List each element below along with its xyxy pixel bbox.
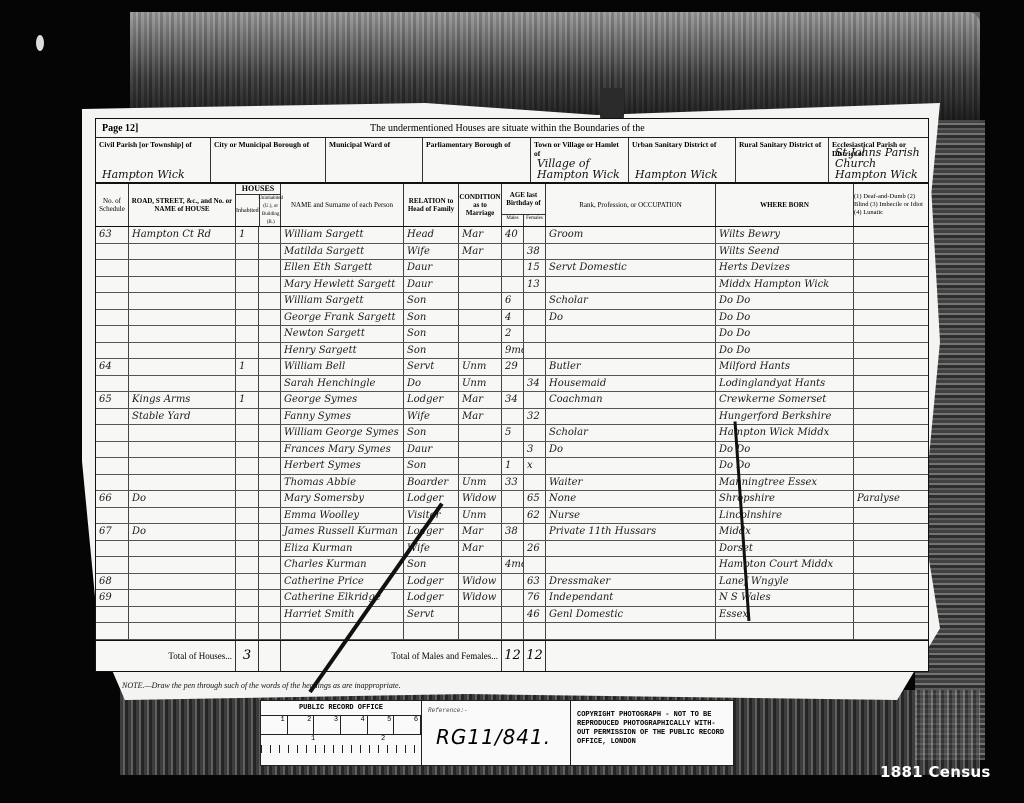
cell-infirmity <box>854 557 928 573</box>
cell-occupation: None <box>546 491 716 507</box>
cell-relation: Son <box>404 458 459 474</box>
cell-infirmity <box>854 442 928 458</box>
cell-infirmity <box>854 524 928 540</box>
table-row: Herbert SymesSon1xDo Do <box>96 458 928 475</box>
scale-ruler: PUBLIC RECORD OFFICE 123456 1 2 <box>261 701 422 765</box>
cell-inhabited <box>236 574 259 590</box>
page-title: The undermentioned Houses are situate wi… <box>152 123 928 134</box>
cell-male: 6 <box>502 293 524 309</box>
cell-uninhabited <box>259 508 281 524</box>
cell-schedule <box>96 541 129 557</box>
cell-occupation: Waiter <box>546 475 716 491</box>
cell-relation: Lodger <box>404 491 459 507</box>
cell-name: Mary Somersby <box>281 491 404 507</box>
cell-name: Mary Hewlett Sargett <box>281 277 404 293</box>
cell-infirmity <box>854 343 928 359</box>
cell-male: 4mo <box>502 557 524 573</box>
cell-condition <box>459 442 502 458</box>
table-row: Emma WoolleyVisitorUnm62NurseLincolnshir… <box>96 508 928 525</box>
cell-condition: Widow <box>459 590 502 606</box>
cell-schedule <box>96 557 129 573</box>
cell-road <box>129 607 236 623</box>
cell-infirmity <box>854 293 928 309</box>
cell-female <box>524 623 546 639</box>
cell-born: Wilts Seend <box>716 244 854 260</box>
cell-male <box>502 244 524 260</box>
cell-infirmity <box>854 376 928 392</box>
cell-infirmity <box>854 425 928 441</box>
cell-schedule: 67 <box>96 524 129 540</box>
table-row: 641William BellServtUnm29ButlerMilford H… <box>96 359 928 376</box>
ruler-bottom-mark: 1 <box>311 735 315 743</box>
cell-condition <box>459 458 502 474</box>
cell-road <box>129 293 236 309</box>
cell-road <box>129 541 236 557</box>
cell-name: Emma Woolley <box>281 508 404 524</box>
cell-infirmity <box>854 392 928 408</box>
cell-inhabited <box>236 475 259 491</box>
table-row: 66DoMary SomersbyLodgerWidow65NoneShrops… <box>96 491 928 508</box>
cell-inhabited <box>236 326 259 342</box>
cell-occupation <box>546 277 716 293</box>
scan-shadow <box>130 12 980 122</box>
cell-road <box>129 359 236 375</box>
cell-road: Do <box>129 524 236 540</box>
cell-road: Kings Arms <box>129 392 236 408</box>
cell-female: 15 <box>524 260 546 276</box>
col-age: AGE last Birthday of Males Females <box>502 184 546 226</box>
cell-relation: Son <box>404 343 459 359</box>
cell-condition <box>459 293 502 309</box>
cell-born: Hampton Court Middx <box>716 557 854 573</box>
cell-relation: Lodger <box>404 574 459 590</box>
cell-schedule <box>96 508 129 524</box>
cell-schedule <box>96 409 129 425</box>
cell-male <box>502 607 524 623</box>
cell-road: Hampton Ct Rd <box>129 227 236 243</box>
cell-female: x <box>524 458 546 474</box>
cell-born: Essex <box>716 607 854 623</box>
cell-female: 26 <box>524 541 546 557</box>
cell-road <box>129 623 236 639</box>
cell-born: Do Do <box>716 293 854 309</box>
cell-born: Do Do <box>716 326 854 342</box>
cell-born: Lanef Wngyle <box>716 574 854 590</box>
cell-uninhabited <box>259 227 281 243</box>
table-row: Eliza KurmanWifeMar26Dorset <box>96 541 928 558</box>
cell-infirmity <box>854 260 928 276</box>
cell-schedule <box>96 293 129 309</box>
cell-occupation <box>546 244 716 260</box>
census-watermark: 1881 Census <box>880 763 991 781</box>
cell-road <box>129 244 236 260</box>
cell-relation: Son <box>404 293 459 309</box>
district-value: St Johns Parish Church Hampton Wick <box>835 147 928 180</box>
cell-relation: Son <box>404 310 459 326</box>
cell-occupation: Coachman <box>546 392 716 408</box>
ruler-mark: 2 <box>288 716 315 734</box>
cell-occupation: Housemaid <box>546 376 716 392</box>
cell-inhabited <box>236 409 259 425</box>
cell-occupation: Scholar <box>546 293 716 309</box>
col-condition: CONDITION as to Marriage <box>459 184 502 226</box>
column-headers: No. of Schedule ROAD, STREET, &c., and N… <box>96 184 928 227</box>
cell-uninhabited <box>259 260 281 276</box>
cell-uninhabited <box>259 277 281 293</box>
cell-occupation <box>546 343 716 359</box>
ruler-top-scale: 123456 <box>261 716 421 735</box>
cell-occupation <box>546 623 716 639</box>
total-houses-uninhabited <box>259 641 281 671</box>
cell-male <box>502 260 524 276</box>
cell-inhabited <box>236 425 259 441</box>
cell-schedule <box>96 310 129 326</box>
cell-female: 63 <box>524 574 546 590</box>
cell-infirmity <box>854 310 928 326</box>
cell-uninhabited <box>259 541 281 557</box>
cell-road <box>129 574 236 590</box>
cell-uninhabited <box>259 442 281 458</box>
cell-female: 3 <box>524 442 546 458</box>
cell-female: 32 <box>524 409 546 425</box>
cell-name: Sarah Henchingle <box>281 376 404 392</box>
cell-schedule <box>96 277 129 293</box>
copyright-notice: COPYRIGHT PHOTOGRAPH - NOT TO BE REPRODU… <box>571 701 733 765</box>
cell-female <box>524 425 546 441</box>
cell-uninhabited <box>259 623 281 639</box>
cell-female: 46 <box>524 607 546 623</box>
cell-condition: Mar <box>459 524 502 540</box>
cell-name: George Frank Sargett <box>281 310 404 326</box>
district-value: Hampton Wick <box>635 169 718 180</box>
cell-male <box>502 541 524 557</box>
cell-inhabited <box>236 244 259 260</box>
table-row: 65Kings Arms1George SymesLodgerMar34Coac… <box>96 392 928 409</box>
cell-uninhabited <box>259 343 281 359</box>
cell-condition <box>459 425 502 441</box>
cell-infirmity <box>854 244 928 260</box>
cell-inhabited <box>236 524 259 540</box>
cell-schedule: 66 <box>96 491 129 507</box>
cell-occupation: Dressmaker <box>546 574 716 590</box>
cell-condition <box>459 277 502 293</box>
cell-road: Stable Yard <box>129 409 236 425</box>
cell-born: Herts Devizes <box>716 260 854 276</box>
cell-name: Matilda Sargett <box>281 244 404 260</box>
cell-male: 38 <box>502 524 524 540</box>
table-row: Thomas AbbieBoarderUnm33WaiterManningtre… <box>96 475 928 492</box>
cell-name: William Sargett <box>281 227 404 243</box>
cell-inhabited <box>236 376 259 392</box>
col-females: Females <box>524 215 545 226</box>
cell-relation: Wife <box>404 409 459 425</box>
table-row: Harriet SmithServt46Genl DomesticEssex <box>96 607 928 624</box>
cell-schedule <box>96 458 129 474</box>
cell-road <box>129 260 236 276</box>
cell-male: 5 <box>502 425 524 441</box>
cell-condition: Mar <box>459 541 502 557</box>
district-field: Parliamentary Borough of <box>423 138 531 182</box>
cell-name: Eliza Kurman <box>281 541 404 557</box>
cell-schedule: 68 <box>96 574 129 590</box>
col-houses-label: HOUSES <box>236 184 280 195</box>
cell-male: 1 <box>502 458 524 474</box>
cell-condition <box>459 326 502 342</box>
col-age-label: AGE last Birthday of <box>502 184 545 214</box>
col-schedule: No. of Schedule <box>96 184 129 226</box>
cell-female: 76 <box>524 590 546 606</box>
cell-road <box>129 557 236 573</box>
cell-female <box>524 293 546 309</box>
totals-spacer <box>546 641 928 671</box>
cell-occupation: Do <box>546 310 716 326</box>
cell-name: Thomas Abbie <box>281 475 404 491</box>
col-road: ROAD, STREET, &c., and No. or NAME of HO… <box>129 184 236 226</box>
cell-schedule: 64 <box>96 359 129 375</box>
cell-schedule: 63 <box>96 227 129 243</box>
district-label: Civil Parish [or Township] of <box>99 140 207 149</box>
cell-schedule <box>96 442 129 458</box>
cell-schedule <box>96 607 129 623</box>
cell-condition: Mar <box>459 244 502 260</box>
reference-number: RG11/841. <box>436 725 551 749</box>
cell-inhabited <box>236 491 259 507</box>
cell-uninhabited <box>259 607 281 623</box>
table-row: Matilda SargettWifeMar38Wilts Seend <box>96 244 928 261</box>
cell-male <box>502 491 524 507</box>
table-row: William George SymesSon5ScholarHampton W… <box>96 425 928 442</box>
cell-name: William Sargett <box>281 293 404 309</box>
cell-male <box>502 623 524 639</box>
cell-road <box>129 376 236 392</box>
total-houses-inhabited: 3 <box>236 641 259 671</box>
cell-name: Ellen Eth Sargett <box>281 260 404 276</box>
cell-female <box>524 359 546 375</box>
cell-relation: Servt <box>404 607 459 623</box>
cell-infirmity <box>854 277 928 293</box>
cell-female <box>524 343 546 359</box>
cell-infirmity <box>854 590 928 606</box>
cell-condition: Unm <box>459 475 502 491</box>
cell-uninhabited <box>259 293 281 309</box>
cell-schedule <box>96 376 129 392</box>
cell-relation: Lodger <box>404 524 459 540</box>
cell-male <box>502 277 524 293</box>
cell-name: Newton Sargett <box>281 326 404 342</box>
cell-occupation <box>546 557 716 573</box>
cell-condition <box>459 310 502 326</box>
district-label: Municipal Ward of <box>329 140 419 149</box>
cell-infirmity <box>854 227 928 243</box>
cell-road <box>129 475 236 491</box>
cell-schedule <box>96 244 129 260</box>
cell-female: 65 <box>524 491 546 507</box>
cell-male <box>502 409 524 425</box>
cell-occupation: Private 11th Hussars <box>546 524 716 540</box>
cell-uninhabited <box>259 376 281 392</box>
col-uninhabited: Uninhabited (U.), or Building (B.) <box>260 195 282 227</box>
cell-inhabited: 1 <box>236 392 259 408</box>
cell-born: Dorset <box>716 541 854 557</box>
ruler-mark: 5 <box>368 716 395 734</box>
cell-schedule <box>96 623 129 639</box>
cell-relation: Lodger <box>404 392 459 408</box>
total-females: 12 <box>524 641 546 671</box>
cell-condition: Unm <box>459 376 502 392</box>
cell-condition: Unm <box>459 359 502 375</box>
table-row: Stable YardFanny SymesWifeMar32Hungerfor… <box>96 409 928 426</box>
cell-born: Middx Hampton Wick <box>716 277 854 293</box>
cell-condition: Widow <box>459 491 502 507</box>
district-label: Rural Sanitary District of <box>739 140 825 149</box>
table-row: 67DoJames Russell KurmanLodgerMar38Priva… <box>96 524 928 541</box>
cell-condition <box>459 623 502 639</box>
cell-condition <box>459 260 502 276</box>
cell-road <box>129 442 236 458</box>
district-field: Urban Sanitary District ofHampton Wick <box>629 138 736 182</box>
cell-name: Henry Sargett <box>281 343 404 359</box>
cell-relation: Do <box>404 376 459 392</box>
cell-relation: Head <box>404 227 459 243</box>
cell-relation: Daur <box>404 277 459 293</box>
cell-inhabited <box>236 590 259 606</box>
cell-inhabited <box>236 623 259 639</box>
cell-female <box>524 326 546 342</box>
col-inhabited: Inhabited <box>236 195 260 227</box>
district-label: Urban Sanitary District of <box>632 140 732 149</box>
footnote: NOTE.—Draw the pen through such of the w… <box>122 681 401 690</box>
district-field: Civil Parish [or Township] ofHampton Wic… <box>96 138 211 182</box>
reference-label: Reference:- <box>428 707 468 714</box>
cell-infirmity <box>854 508 928 524</box>
cell-name <box>281 623 404 639</box>
cell-female: 38 <box>524 244 546 260</box>
cell-male: 4 <box>502 310 524 326</box>
cell-name: George Symes <box>281 392 404 408</box>
cell-infirmity <box>854 359 928 375</box>
cell-infirmity <box>854 458 928 474</box>
cell-uninhabited <box>259 458 281 474</box>
cell-occupation: Scholar <box>546 425 716 441</box>
cell-schedule: 65 <box>96 392 129 408</box>
cell-schedule: 69 <box>96 590 129 606</box>
cell-inhabited <box>236 310 259 326</box>
reference-box: Reference:- RG11/841. <box>422 701 571 765</box>
cell-condition: Mar <box>459 227 502 243</box>
cell-schedule <box>96 343 129 359</box>
cell-relation: Daur <box>404 442 459 458</box>
cell-road <box>129 343 236 359</box>
cell-name: William George Symes <box>281 425 404 441</box>
cell-born: Wilts Bewry <box>716 227 854 243</box>
cell-uninhabited <box>259 409 281 425</box>
ruler-mark: 1 <box>261 716 288 734</box>
cell-inhabited <box>236 260 259 276</box>
cell-uninhabited <box>259 475 281 491</box>
cell-uninhabited <box>259 491 281 507</box>
col-born: WHERE BORN <box>716 184 854 226</box>
cell-road <box>129 425 236 441</box>
cell-female <box>524 475 546 491</box>
cell-uninhabited <box>259 310 281 326</box>
cell-infirmity <box>854 541 928 557</box>
total-houses-label: Total of Houses... <box>96 641 236 671</box>
ruler-mark: 3 <box>314 716 341 734</box>
cell-male <box>502 590 524 606</box>
cell-name: Harriet Smith <box>281 607 404 623</box>
cell-uninhabited <box>259 359 281 375</box>
table-row <box>96 623 928 640</box>
cell-relation: Son <box>404 326 459 342</box>
census-sheet: Page 12] The undermentioned Houses are s… <box>95 118 929 672</box>
cell-inhabited <box>236 293 259 309</box>
totals-row: Total of Houses... 3 Total of Males and … <box>96 640 928 671</box>
cell-born: Lodinglandyat Hants <box>716 376 854 392</box>
cell-road <box>129 277 236 293</box>
cell-male <box>502 442 524 458</box>
cell-male <box>502 574 524 590</box>
table-row: Sarah HenchingleDoUnm34HousemaidLodingla… <box>96 376 928 393</box>
cell-occupation <box>546 409 716 425</box>
cell-name: James Russell Kurman <box>281 524 404 540</box>
cell-relation: Boarder <box>404 475 459 491</box>
cell-female: 34 <box>524 376 546 392</box>
col-name: NAME and Surname of each Person <box>281 184 404 226</box>
table-row: Frances Mary SymesDaur3DoDo Do <box>96 442 928 459</box>
cell-condition: Unm <box>459 508 502 524</box>
ruler-ticks: 1 2 <box>261 735 421 753</box>
cell-infirmity <box>854 607 928 623</box>
cell-female <box>524 227 546 243</box>
district-value: Village of Hampton Wick <box>537 158 628 180</box>
cell-name: Frances Mary Symes <box>281 442 404 458</box>
col-infirmity: (1) Deaf-and-Dumb (2) Blind (3) Imbecile… <box>854 184 928 226</box>
cell-female: 13 <box>524 277 546 293</box>
page-number: Page 12] <box>96 123 152 134</box>
scan-artifact <box>36 35 44 51</box>
cell-schedule <box>96 260 129 276</box>
cell-road <box>129 458 236 474</box>
cell-male: 29 <box>502 359 524 375</box>
cell-born: Milford Hants <box>716 359 854 375</box>
table-row: William SargettSon6ScholarDo Do <box>96 293 928 310</box>
cell-male: 34 <box>502 392 524 408</box>
cell-schedule <box>96 475 129 491</box>
cell-male: 2 <box>502 326 524 342</box>
district-label: Town or Village or Hamlet of <box>534 140 625 158</box>
cell-occupation: Servt Domestic <box>546 260 716 276</box>
cell-inhabited <box>236 458 259 474</box>
table-row: Charles KurmanSon4moHampton Court Middx <box>96 557 928 574</box>
page-header: Page 12] The undermentioned Houses are s… <box>96 119 928 138</box>
cell-name: William Bell <box>281 359 404 375</box>
cell-infirmity: Paralyse <box>854 491 928 507</box>
cell-relation: Daur <box>404 260 459 276</box>
cell-schedule <box>96 425 129 441</box>
cell-uninhabited <box>259 590 281 606</box>
ruler-mark: 6 <box>394 716 421 734</box>
cell-inhabited <box>236 277 259 293</box>
census-rows: 63Hampton Ct Rd1William SargettHeadMar40… <box>96 227 928 640</box>
total-persons-label: Total of Males and Females... <box>281 641 502 671</box>
cell-born: Middx <box>716 524 854 540</box>
cell-road <box>129 310 236 326</box>
cell-uninhabited <box>259 425 281 441</box>
cell-relation: Lodger <box>404 590 459 606</box>
cell-road <box>129 590 236 606</box>
cell-male: 33 <box>502 475 524 491</box>
cell-uninhabited <box>259 326 281 342</box>
